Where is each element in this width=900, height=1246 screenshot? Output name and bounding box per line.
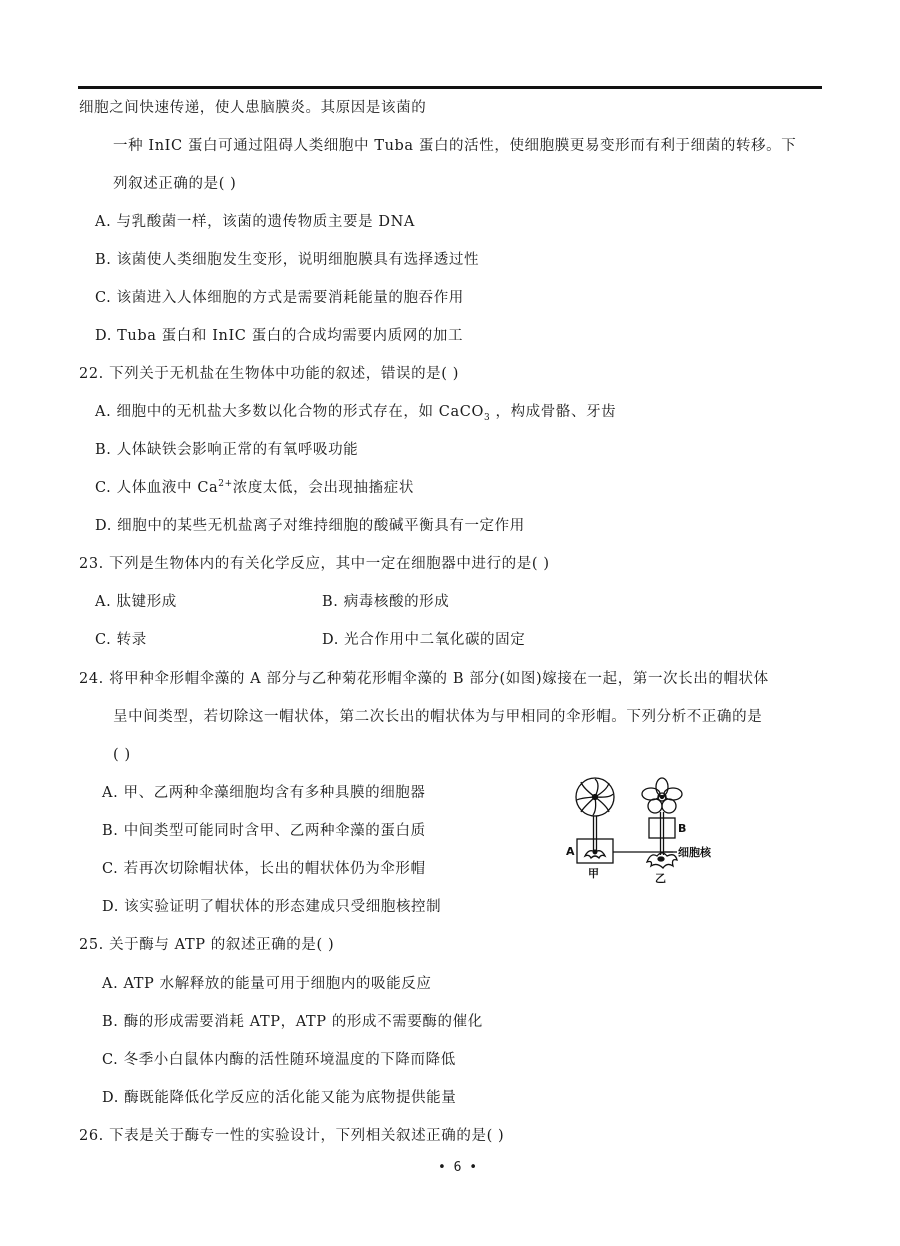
option-label: A. [102,974,118,994]
q22-option-b: B. 人体缺铁会影响正常的有氧呼吸功能 [95,440,358,460]
q23-option-a: A. 肽键形成 [95,592,177,612]
option-label: D. [102,897,119,917]
graft-diagram-icon: A B 细胞核 甲 乙 [555,770,765,890]
option-text: 人体缺铁会影响正常的有氧呼吸功能 [117,442,359,458]
q21-option-a: A. 与乳酸菌一样，该菌的遗传物质主要是 DNA [95,212,415,232]
q23-option-d: D. 光合作用中二氧化碳的固定 [322,630,525,650]
q23-stem: 23. 下列是生物体内的有关化学反应，其中一定在细胞器中进行的是( ) [79,554,550,574]
option-label: C. [95,288,111,308]
q21-option-d: D. Tuba 蛋白和 InIC 蛋白的合成均需要内质网的加工 [95,326,463,346]
option-text: 肽键形成 [117,594,177,610]
option-text: 酶的形成需要消耗 ATP，ATP 的形成不需要酶的催化 [124,1014,483,1030]
q22-option-c: C. 人体血液中 Ca2+浓度太低，会出现抽搐症状 [95,478,414,498]
option-text: 细胞中的某些无机盐离子对维持细胞的酸碱平衡具有一定作用 [117,518,525,534]
label-b: B [678,822,686,835]
q24-option-d: D. 该实验证明了帽状体的形态建成只受细胞核控制 [102,897,441,917]
option-label: C. [95,478,111,498]
q25-stem: 25. 关于酶与 ATP 的叙述正确的是( ) [79,935,334,955]
option-text: 若再次切除帽状体，长出的帽状体仍为伞形帽 [124,861,426,877]
option-text: 细胞中的无机盐大多数以化合物的形式存在，如 CaCO [117,404,484,420]
option-text: 甲、乙两种伞藻细胞均含有多种具膜的细胞器 [124,785,426,801]
q24-stem-line1: 24. 将甲种伞形帽伞藻的 A 部分与乙种菊花形帽伞藻的 B 部分(如图)嫁接在… [79,669,769,689]
header-rule [78,86,822,89]
label-yi: 乙 [655,872,666,885]
option-label: B. [322,592,338,612]
option-text: 该实验证明了帽状体的形态建成只受细胞核控制 [124,899,441,915]
q21-option-c: C. 该菌进入人体细胞的方式是需要消耗能量的胞吞作用 [95,288,464,308]
option-label: B. [95,440,111,460]
option-label: C. [102,1050,118,1070]
q21-stem-line1: 一种 InIC 蛋白可通过阻碍人类细胞中 Tuba 蛋白的活性，使细胞膜更易变形… [113,136,796,156]
q25-option-d: D. 酶既能降低化学反应的活化能又能为底物提供能量 [102,1088,456,1108]
option-label: B. [95,250,111,270]
option-text: 该菌进入人体细胞的方式是需要消耗能量的胞吞作用 [117,290,464,306]
option-text: 冬季小白鼠体内酶的活性随环境温度的下降而降低 [124,1052,456,1068]
option-label: A. [95,592,111,612]
option-text-after: 浓度太低，会出现抽搐症状 [233,480,414,496]
option-label: A. [95,402,111,422]
option-text: 酶既能降低化学反应的活化能又能为底物提供能量 [124,1090,456,1106]
option-label: D. [95,516,112,536]
q22-option-d: D. 细胞中的某些无机盐离子对维持细胞的酸碱平衡具有一定作用 [95,516,525,536]
label-a: A [566,845,575,858]
q22-option-a: A. 细胞中的无机盐大多数以化合物的形式存在，如 CaCO3 ，构成骨骼、牙齿 [95,402,616,422]
option-text: 该菌使人类细胞发生变形，说明细胞膜具有选择透过性 [117,252,479,268]
q25-option-c: C. 冬季小白鼠体内酶的活性随环境温度的下降而降低 [102,1050,456,1070]
q23-option-b: B. 病毒核酸的形成 [322,592,449,612]
page-number: • 6 • [438,1160,477,1175]
option-text-after: ，构成骨骼、牙齿 [490,404,616,420]
label-jia: 甲 [588,867,599,880]
option-label: C. [102,859,118,879]
option-label: C. [95,630,111,650]
q24-stem-line3: ( ) [113,745,131,765]
q22-stem: 22. 下列关于无机盐在生物体中功能的叙述，错误的是( ) [79,364,459,384]
q21-option-b: B. 该菌使人类细胞发生变形，说明细胞膜具有选择透过性 [95,250,479,270]
q21-continuation: 细胞之间快速传递，使人患脑膜炎。其原因是该菌的 [79,98,426,118]
acetabularia-graft-figure: A B 细胞核 甲 乙 [555,770,765,890]
q21-stem-line2: 列叙述正确的是( ) [113,174,236,194]
option-label: D. [322,630,339,650]
option-label: B. [102,821,118,841]
option-text: Tuba 蛋白和 InIC 蛋白的合成均需要内质网的加工 [117,328,463,344]
option-text: 与乳酸菌一样，该菌的遗传物质主要是 DNA [117,214,416,230]
option-text: 人体血液中 Ca [117,480,219,496]
q25-option-b: B. 酶的形成需要消耗 ATP，ATP 的形成不需要酶的催化 [102,1012,483,1032]
option-text: 转录 [117,632,147,648]
option-text: 中间类型可能同时含甲、乙两种伞藻的蛋白质 [124,823,426,839]
label-nucleus: 细胞核 [678,845,712,859]
option-text: ATP 水解释放的能量可用于细胞内的吸能反应 [124,976,432,992]
q24-stem-line2: 呈中间类型，若切除这一帽状体，第二次长出的帽状体为与甲相同的伞形帽。下列分析不正… [113,707,762,727]
option-label: A. [102,783,118,803]
option-label: D. [95,326,112,346]
option-label: D. [102,1088,119,1108]
option-text: 病毒核酸的形成 [344,594,450,610]
q25-option-a: A. ATP 水解释放的能量可用于细胞内的吸能反应 [102,974,431,994]
option-label: A. [95,212,111,232]
q26-stem: 26. 下表是关于酶专一性的实验设计，下列相关叙述正确的是( ) [79,1126,504,1146]
q24-option-b: B. 中间类型可能同时含甲、乙两种伞藻的蛋白质 [102,821,426,841]
option-label: B. [102,1012,118,1032]
q24-option-a: A. 甲、乙两种伞藻细胞均含有多种具膜的细胞器 [102,783,426,803]
superscript: 2+ [218,479,232,489]
q24-option-c: C. 若再次切除帽状体，长出的帽状体仍为伞形帽 [102,859,426,879]
q23-option-c: C. 转录 [95,630,147,650]
option-text: 光合作用中二氧化碳的固定 [344,632,525,648]
